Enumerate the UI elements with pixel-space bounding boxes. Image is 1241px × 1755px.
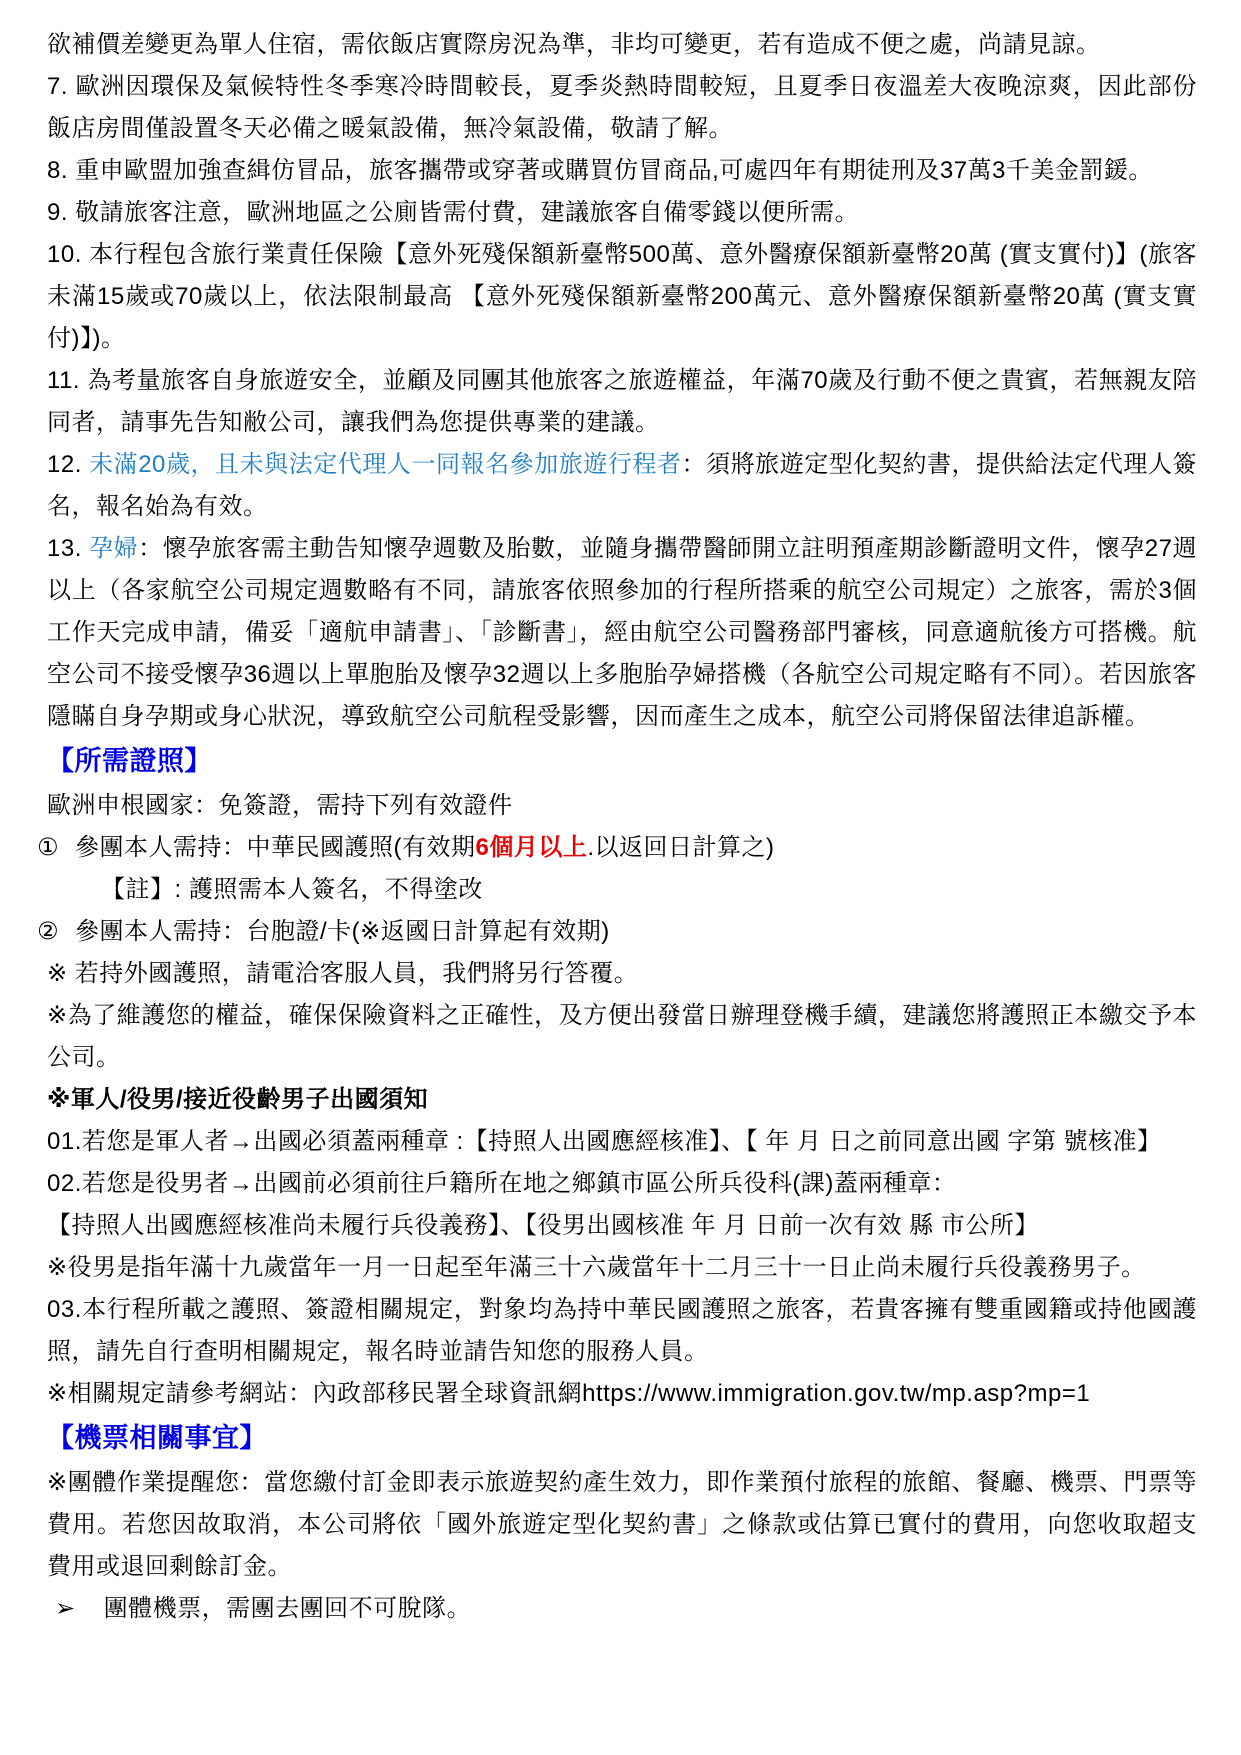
item-13-highlight: 孕婦 [89,535,138,562]
paragraph-item-11-senior: 11. 為考量旅客自身旅遊安全，並顧及同團其他旅客之旅遊權益，年滿70歲及行動不… [47,360,1197,444]
paragraph-military-01: 01.若您是軍人者→出國必須蓋兩種章 :【持照人出國應經核准】、【 年 月 日之… [47,1121,1197,1163]
circled-one-marker: ① [37,827,59,869]
list-item-passport: ①參團本人需持：中華民國護照(有效期6個月以上.以返回日計算之) [37,827,1197,869]
item-13-number: 13. [47,535,89,562]
paragraph-schengen: 歐洲申根國家：免簽證，需持下列有效證件 [47,785,1197,827]
paragraph-single-room-note: 欲補價差變更為單人住宿，需依飯店實際房況為準，非均可變更，若有造成不便之處，尚請… [47,24,1197,66]
paragraph-passport-original: ※為了維護您的權益，確保保險資料之正確性，及方便出發當日辦理登機手續，建議您將護… [47,995,1197,1079]
arrow-bullet-icon: ➢ [55,1588,76,1630]
passport-validity-highlight: 6個月以上 [476,834,588,861]
paragraph-item-8-counterfeit: 8. 重申歐盟加強查緝仿冒品，旅客攜帶或穿著或購買仿冒商品,可處四年有期徒刑及3… [47,150,1197,192]
paragraph-immigration-website: ※相關規定請參考網站：內政部移民署全球資訊網https://www.immigr… [47,1373,1197,1415]
paragraph-military-03: 03.本行程所載之護照、簽證相關規定，對象均為持中華民國護照之旅客，若貴客擁有雙… [47,1289,1197,1373]
list-item-taiwan-compatriot-permit: ②參團本人需持：台胞證/卡(※返國日計算起有效期) [37,911,1197,953]
section-heading-flight-tickets: 【機票相關事宜】 [47,1415,1197,1462]
list-item-group-ticket: ➢團體機票，需團去團回不可脫隊。 [47,1588,1197,1630]
item-12-highlight: 未滿20歲，且未與法定代理人一同報名參加旅遊行程者 [89,451,681,478]
passport-requirement-post: .以返回日計算之) [587,834,774,861]
circled-two-marker: ② [37,911,59,953]
paragraph-military-02-stamps: 【持照人出國應經核准尚未履行兵役義務】、【役男出國核准 年 月 日前一次有效 縣… [47,1205,1197,1247]
paragraph-military-02: 02.若您是役男者→出國前必須前往戶籍所在地之鄉鎮市區公所兵役科(課)蓋兩種章： [47,1163,1197,1205]
item-12-number: 12. [47,451,89,478]
paragraph-item-9-toilet-fee: 9. 敬請旅客注意，歐洲地區之公廁皆需付費，建議旅客自備零錢以便所需。 [47,192,1197,234]
section-heading-required-documents: 【所需證照】 [47,738,1197,785]
paragraph-item-12-minor: 12. 未滿20歲，且未與法定代理人一同報名參加旅遊行程者：須將旅遊定型化契約書… [47,444,1197,528]
document-page: 欲補價差變更為單人住宿，需依飯店實際房況為準，非均可變更，若有造成不便之處，尚請… [0,0,1241,1755]
group-ticket-text: 團體機票，需團去團回不可脫隊。 [104,1595,472,1622]
permit-requirement-text: 參團本人需持：台胞證/卡(※返國日計算起有效期) [75,918,610,945]
paragraph-foreign-passport: ※ 若持外國護照，請電洽客服人員，我們將另行答覆。 [47,953,1197,995]
paragraph-item-7-climate: 7. 歐洲因環保及氣候特性冬季寒冷時間較長，夏季炎熱時間較短，且夏季日夜溫差大夜… [47,66,1197,150]
passport-signature-note: 【註】: 護照需本人簽名，不得塗改 [101,869,1197,911]
paragraph-item-13-pregnant: 13. 孕婦：懷孕旅客需主動告知懷孕週數及胎數，並隨身攜帶醫師開立註明預產期診斷… [47,528,1197,738]
subheading-military-notice: ※軍人/役男/接近役齡男子出國須知 [47,1079,1197,1121]
item-13-body: ：懷孕旅客需主動告知懷孕週數及胎數，並隨身攜帶醫師開立註明預產期診斷證明文件，懷… [47,535,1197,730]
paragraph-deposit-contract: ※團體作業提醒您：當您繳付訂金即表示旅遊契約產生效力，即作業預付旅程的旅館、餐廳… [47,1462,1197,1588]
passport-requirement-pre: 參團本人需持：中華民國護照(有效期 [75,834,476,861]
paragraph-military-age-definition: ※役男是指年滿十九歲當年一月一日起至年滿三十六歲當年十二月三十一日止尚未履行兵役… [47,1247,1197,1289]
paragraph-item-10-insurance: 10. 本行程包含旅行業責任保險【意外死殘保額新臺幣500萬、意外醫療保額新臺幣… [47,234,1197,360]
